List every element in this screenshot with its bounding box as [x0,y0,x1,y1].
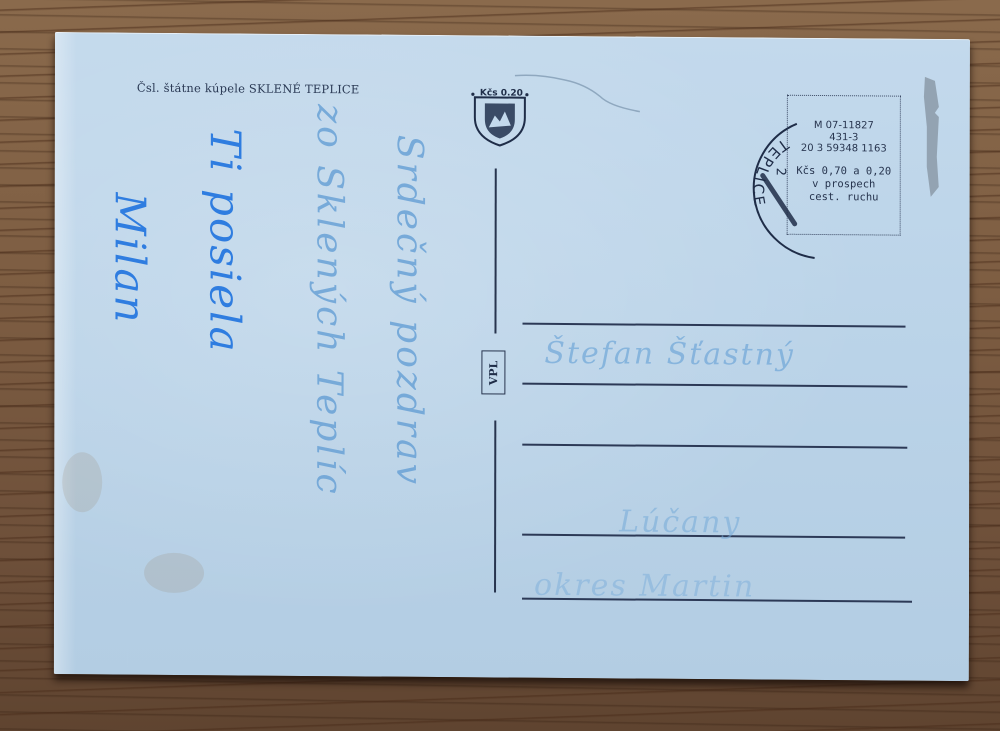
stain [144,553,204,593]
message-line-3: Ti posiela [200,128,249,354]
address-line-1 [522,323,905,328]
address-line-3 [522,444,907,449]
address-district: okres Martin [534,568,755,605]
address-town: Lúčany [619,504,741,540]
tape-residue [921,77,943,197]
message-line-2: zo Sklených Teplíc [308,104,350,497]
stain [62,452,102,512]
center-divider-bottom [494,420,496,592]
address-recipient-name: Štefan Šťastný [544,336,794,373]
paper-crack [510,66,650,117]
card-heading: Čsl. štátne kúpele SKLENÉ TEPLICE [137,81,360,97]
card-edge-highlight [54,32,77,674]
vpl-publisher-badge: VPL [481,350,505,394]
message-line-1: Srdečný pozdrav [388,135,430,487]
address-line-2 [522,383,907,388]
svg-text:2: 2 [773,168,788,176]
postcard: Čsl. štátne kúpele SKLENÉ TEPLICE Kčs 0.… [54,32,970,681]
message-signature: Milan [105,192,154,324]
postmark-cancel-icon: TEPLICE 2 [715,115,835,266]
center-divider-top [494,168,496,333]
